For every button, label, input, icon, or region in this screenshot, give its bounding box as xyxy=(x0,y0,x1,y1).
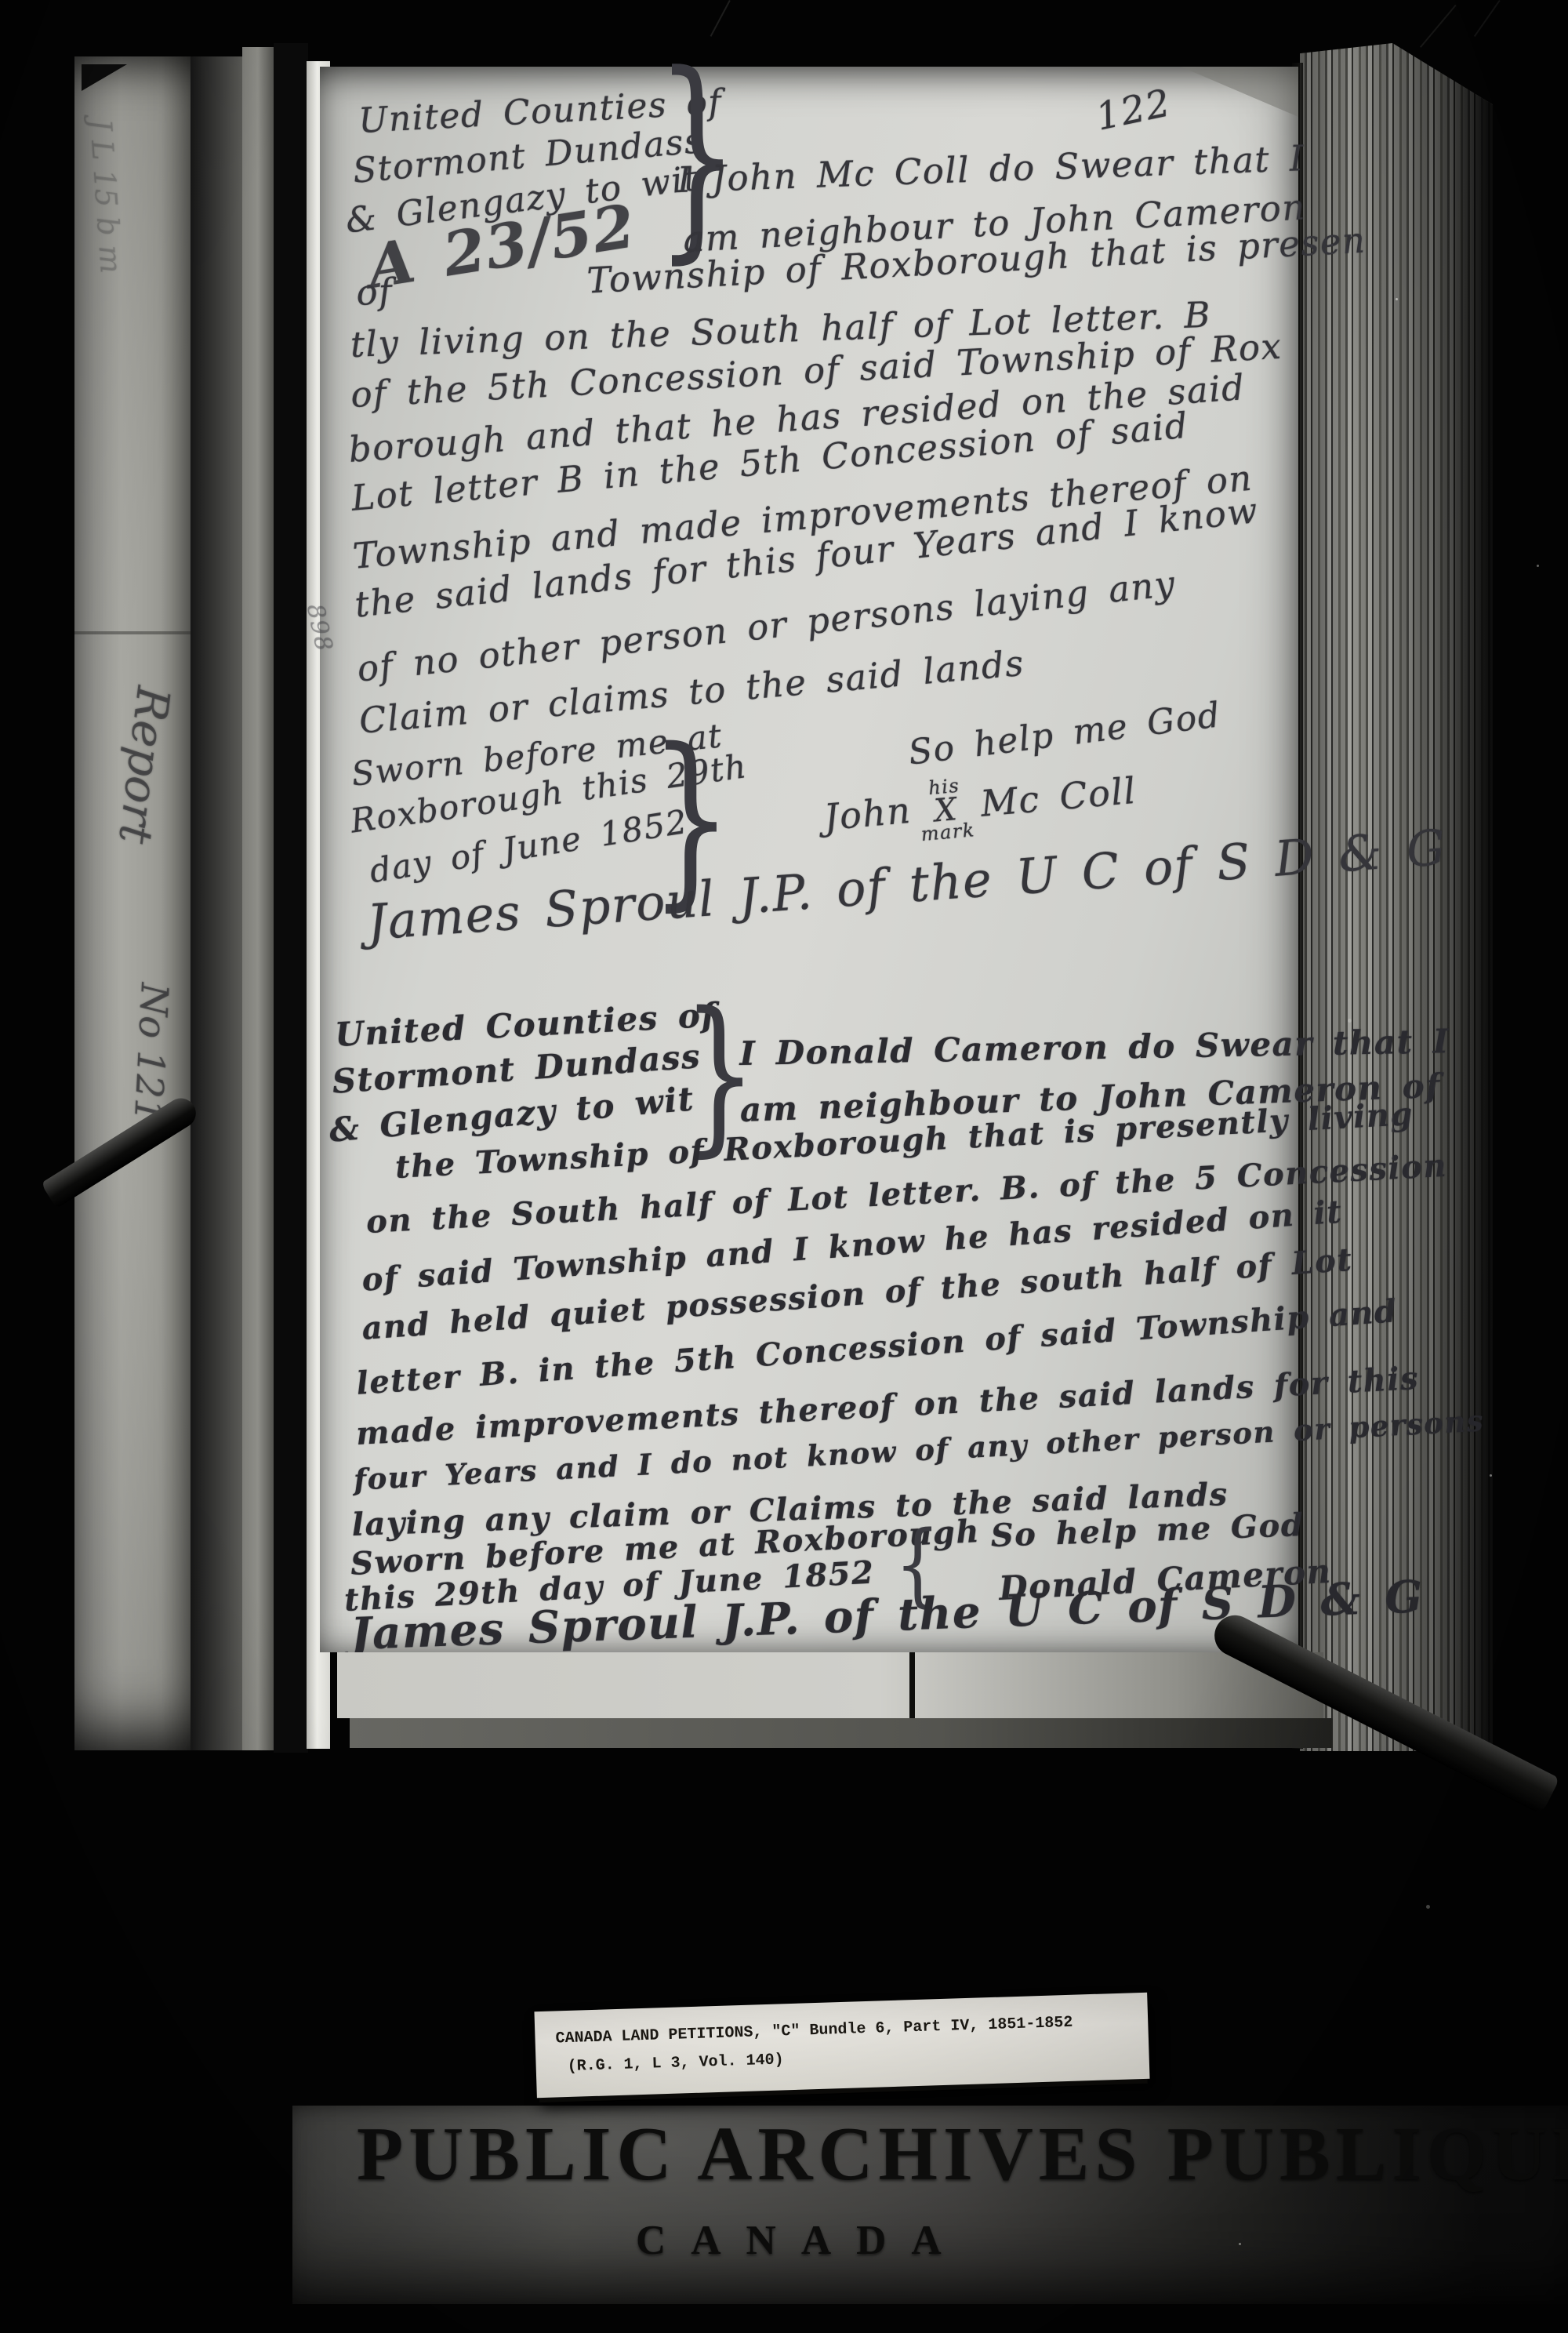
archives-plaque: PUBLIC ARCHIVES PUBLIQUES CANADA xyxy=(292,2106,1568,2304)
film-scratch xyxy=(1474,0,1501,37)
left-strip-gap xyxy=(274,43,308,1753)
plaque-subtitle: CANADA xyxy=(636,2217,967,2264)
under-pages-shadow-strip xyxy=(350,1718,1333,1748)
affidavit1-deponent-signature: JohnhisXmarkMc Coll xyxy=(822,762,1139,852)
page-corner-fold xyxy=(1181,67,1298,117)
left-strip-corner-wedge xyxy=(82,64,127,91)
document-page: 122 898 United Counties of Stormont Dund… xyxy=(320,67,1298,1652)
left-folded-page-strip xyxy=(74,56,191,1750)
left-strip-midband xyxy=(242,47,274,1750)
film-dust xyxy=(1396,298,1398,300)
typed-label-line2: (R.G. 1, L 3, Vol. 140) xyxy=(567,2051,784,2076)
page-number: 122 xyxy=(1092,81,1175,140)
under-pages-crack xyxy=(909,1652,915,1718)
his-mark: hisXmark xyxy=(916,776,976,843)
deponent-first-name: John xyxy=(822,789,913,839)
deponent-last-name: Mc Coll xyxy=(978,769,1138,825)
typed-archive-label: CANADA LAND PETITIONS, "C" Bundle 6, Par… xyxy=(534,1993,1149,2099)
under-pages-strip xyxy=(337,1652,1323,1718)
film-scratch xyxy=(1420,5,1457,48)
plaque-title: PUBLIC ARCHIVES PUBLIQUES xyxy=(357,2110,1568,2197)
left-strip-fold-line xyxy=(74,631,191,634)
mark-label: mark xyxy=(920,819,976,845)
typed-label-line1: CANADA LAND PETITIONS, "C" Bundle 6, Par… xyxy=(555,2014,1073,2048)
microfilm-scan: J L 15 b m Report No 121 122 898 United … xyxy=(0,0,1568,2333)
left-strip-shadow xyxy=(191,56,242,1750)
affidavit1-oath: So help me God xyxy=(906,695,1223,772)
